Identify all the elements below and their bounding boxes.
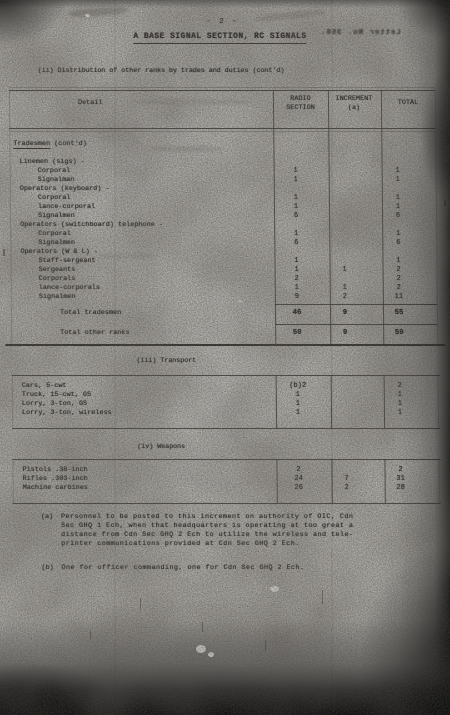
note-a-line: Personnel to be posted to this increment…	[61, 513, 354, 522]
radio-section-value: 1	[273, 284, 321, 293]
ink-smudge	[68, 6, 128, 18]
table-row: Corporals22	[3, 275, 450, 284]
table-row: Staff-sergeant11	[2, 257, 450, 266]
row-label-text: lance-corporal	[38, 203, 95, 211]
row-label: Corporal	[38, 194, 71, 203]
row-label: Operators (keyboard) -	[20, 185, 110, 194]
radio-section-value: 2	[273, 275, 321, 284]
row-label-text: Machine carbines	[23, 484, 88, 492]
table-border	[12, 375, 440, 376]
total-value: 11	[377, 293, 421, 302]
table-row: Lorry, 3-ton, wireless11	[4, 409, 450, 418]
increment-value: 9	[325, 309, 365, 318]
table-row: Truck, 15-cwt, GS11	[4, 391, 450, 400]
row-label-text: Signalmen	[38, 239, 75, 247]
radio-section-value: 6	[272, 212, 320, 221]
table-border	[275, 304, 437, 305]
radio-section-value: 9	[273, 293, 321, 302]
table-row: Signalman11	[2, 176, 450, 185]
row-label-text: lance-corporals	[39, 284, 100, 292]
row-label: Corporal	[38, 167, 71, 176]
document-title: A BASE SIGNAL SECTION, RC SIGNALS	[133, 32, 306, 44]
row-label: Signalmen	[39, 293, 76, 302]
table-row: Signalmen66	[2, 239, 450, 248]
row-label-text: Corporals	[39, 275, 76, 283]
total-value: 2	[377, 275, 421, 284]
total-value: 1	[376, 176, 420, 185]
total-value: 1	[378, 400, 422, 409]
table-border	[9, 131, 435, 132]
table-border	[12, 428, 440, 429]
note-a-label: (a)	[41, 513, 53, 522]
increment-value: 9	[325, 329, 365, 338]
total-value: 1	[378, 409, 422, 418]
row-label: Signalmen	[38, 239, 75, 248]
increment-value: 2	[327, 484, 367, 493]
note-a-line: distance from Cdn Sec GHQ 2 Ech to utili…	[61, 531, 354, 540]
row-label: lance-corporals	[39, 284, 100, 293]
table-row: Sergeants112	[3, 266, 450, 275]
row-label: Corporal	[38, 230, 71, 239]
table-row: Pistols .38-inch22	[4, 466, 450, 475]
section-iii-heading: (iii) Transport	[136, 357, 196, 366]
note-b-text: One for officer commanding, one for Cdn …	[61, 564, 304, 573]
row-label: Tradesmen (cont'd)	[13, 140, 87, 149]
row-label-text: Lorry, 3-ton, wireless	[22, 409, 112, 417]
row-label-text: Corporal	[38, 230, 71, 238]
table-row-total-tradesmen: Total tradesmen 46 9 55	[3, 309, 450, 318]
row-label-text: Tradesmen	[13, 140, 50, 149]
row-label: Pistols .38-inch	[22, 466, 87, 475]
page-number: - 2 -	[206, 18, 239, 27]
increment-value: 2	[325, 293, 365, 302]
radio-section-value: 46	[273, 309, 321, 318]
row-label: Sergeants	[39, 266, 76, 275]
row-label: Rifles .303-inch	[23, 475, 88, 484]
row-label-text: Corporal	[38, 194, 71, 202]
column-header-increment: (a)	[326, 104, 382, 113]
table-border	[9, 128, 435, 129]
row-label-text: Rifles .303-inch	[23, 475, 88, 483]
ink-smudge	[255, 8, 325, 22]
total-value: 2	[377, 266, 421, 275]
column-header-increment: INCREMENT	[326, 95, 382, 104]
total-value: 2	[377, 284, 421, 293]
total-value: 2	[378, 382, 422, 391]
radio-section-value: 26	[275, 484, 323, 493]
document-content: - 2 - A BASE SIGNAL SECTION, RC SIGNALS …	[0, 0, 450, 715]
total-value: 6	[376, 239, 420, 248]
total-value: 1	[376, 230, 420, 239]
radio-section-value: 1	[274, 409, 322, 418]
total-value: 1	[378, 391, 422, 400]
table-row: Machine carbines26228	[5, 484, 450, 493]
radio-section-value: 1	[274, 400, 322, 409]
table-row: lance-corporal11	[2, 203, 450, 212]
radio-section-value: (b)2	[274, 382, 322, 391]
radio-section-value: 1	[274, 391, 322, 400]
radio-section-value: 1	[272, 230, 320, 239]
table-row: Operators (keyboard) -	[2, 185, 450, 194]
row-label: Signalman	[38, 176, 75, 185]
table-border	[9, 87, 435, 88]
table-row: Cars, 5-cwt(b)22	[4, 382, 450, 391]
table-row: Signalmen9211	[3, 293, 450, 302]
total-value: 1	[376, 257, 420, 266]
bleedthrough-text: Letter No. 358.	[320, 29, 400, 38]
table-row-total-other-ranks: Total other ranks 50 9 59	[3, 329, 450, 338]
table-border	[5, 344, 445, 346]
increment-value: 7	[327, 475, 367, 484]
row-label-text: Operators (keyboard) -	[20, 185, 110, 193]
row-label-text: Corporal	[38, 167, 71, 175]
table-row: Corporal11	[2, 230, 450, 239]
row-label-text: Signalmen	[39, 293, 76, 301]
column-header-radio: RADIO	[273, 95, 328, 104]
total-value: 31	[379, 475, 423, 484]
row-label: Operators (W & L) -	[20, 248, 98, 257]
total-value: 55	[377, 309, 421, 318]
row-label: Total other ranks	[60, 329, 129, 338]
row-label: Lorry, 3-ton, wireless	[22, 409, 112, 418]
row-label-text: Truck, 15-cwt, GS	[22, 391, 91, 399]
radio-section-value: 6	[272, 239, 320, 248]
total-value: 28	[379, 484, 423, 493]
table-border	[275, 324, 437, 325]
radio-section-value: 1	[272, 176, 320, 185]
table-row: Tradesmen (cont'd)	[1, 140, 450, 149]
row-label-text: Sergeants	[39, 266, 76, 274]
row-label-text: Signalmen	[38, 212, 75, 220]
row-label: Corporals	[39, 275, 76, 284]
total-value: 1	[376, 203, 420, 212]
section-iv-heading: (iv) Weapons	[137, 443, 185, 452]
increment-value: 1	[325, 284, 365, 293]
column-header-total: TOTAL	[381, 99, 435, 108]
row-label: Truck, 15-cwt, GS	[22, 391, 91, 400]
table-row: Linemen (sigs) -	[2, 158, 450, 167]
table-row: Rifles .303-inch24731	[5, 475, 450, 484]
row-label-text: Pistols .38-inch	[22, 466, 87, 474]
total-value: 6	[376, 212, 420, 221]
radio-section-value: 50	[273, 329, 321, 338]
table-border	[13, 503, 441, 504]
radio-section-value: 1	[272, 257, 320, 266]
row-label: Staff-sergeant	[38, 257, 95, 266]
total-value: 1	[376, 194, 420, 203]
row-label: Machine carbines	[23, 484, 88, 493]
note-a-line: printer communications provided at Cdn S…	[61, 540, 300, 549]
table-row: lance-corporals112	[3, 284, 450, 293]
total-value: 2	[378, 466, 422, 475]
row-label: lance-corporal	[38, 203, 95, 212]
row-label-text: Cars, 5-cwt	[22, 382, 67, 390]
table-row: Operators (W & L) -	[2, 248, 450, 257]
row-label-text: Linemen (sigs) -	[20, 158, 85, 166]
radio-section-value: 1	[273, 266, 321, 275]
note-b-label: (b)	[41, 564, 53, 573]
column-header-detail: Detail	[78, 99, 118, 108]
row-label-text: Staff-sergeant	[38, 257, 95, 265]
table-border	[9, 90, 435, 91]
row-label: Operators (switchboard) telephone -	[20, 221, 163, 230]
row-label: Lorry, 3-ton, GS	[22, 400, 87, 409]
radio-section-value: 24	[275, 475, 323, 484]
column-header-radio: SECTION	[273, 104, 328, 113]
radio-section-value: 2	[274, 466, 322, 475]
row-label-text: Lorry, 3-ton, GS	[22, 400, 87, 408]
total-value: 1	[376, 167, 420, 176]
row-label: Cars, 5-cwt	[22, 382, 67, 391]
total-value: 59	[377, 329, 421, 338]
radio-section-value: 1	[272, 167, 320, 176]
row-label: Linemen (sigs) -	[20, 158, 85, 167]
ink-smudge	[131, 99, 251, 105]
radio-section-value: 1	[272, 203, 320, 212]
row-label-text: Operators (W & L) -	[20, 248, 98, 256]
radio-section-value: 1	[272, 194, 320, 203]
table-border	[12, 459, 440, 460]
table-row: Lorry, 3-ton, GS11	[4, 400, 450, 409]
note-a-line: Sec GHQ 1 Ech, when that headquarters is…	[61, 522, 354, 531]
table-row: Operators (switchboard) telephone -	[2, 221, 450, 230]
row-label: Signalmen	[38, 212, 75, 221]
row-label-text: Operators (switchboard) telephone -	[20, 221, 163, 229]
table-row: Signalmen66	[2, 212, 450, 221]
increment-value: 1	[325, 266, 365, 275]
table-row: Corporal11	[2, 167, 450, 176]
table-row: Corporal11	[2, 194, 450, 203]
row-label-suffix: (cont'd)	[50, 140, 87, 148]
section-ii-heading: (ii) Distribution of other ranks by trad…	[38, 67, 285, 76]
scanned-document-page: - 2 - A BASE SIGNAL SECTION, RC SIGNALS …	[0, 0, 450, 715]
row-label-text: Signalman	[38, 176, 75, 184]
row-label: Total tradesmen	[60, 309, 121, 318]
